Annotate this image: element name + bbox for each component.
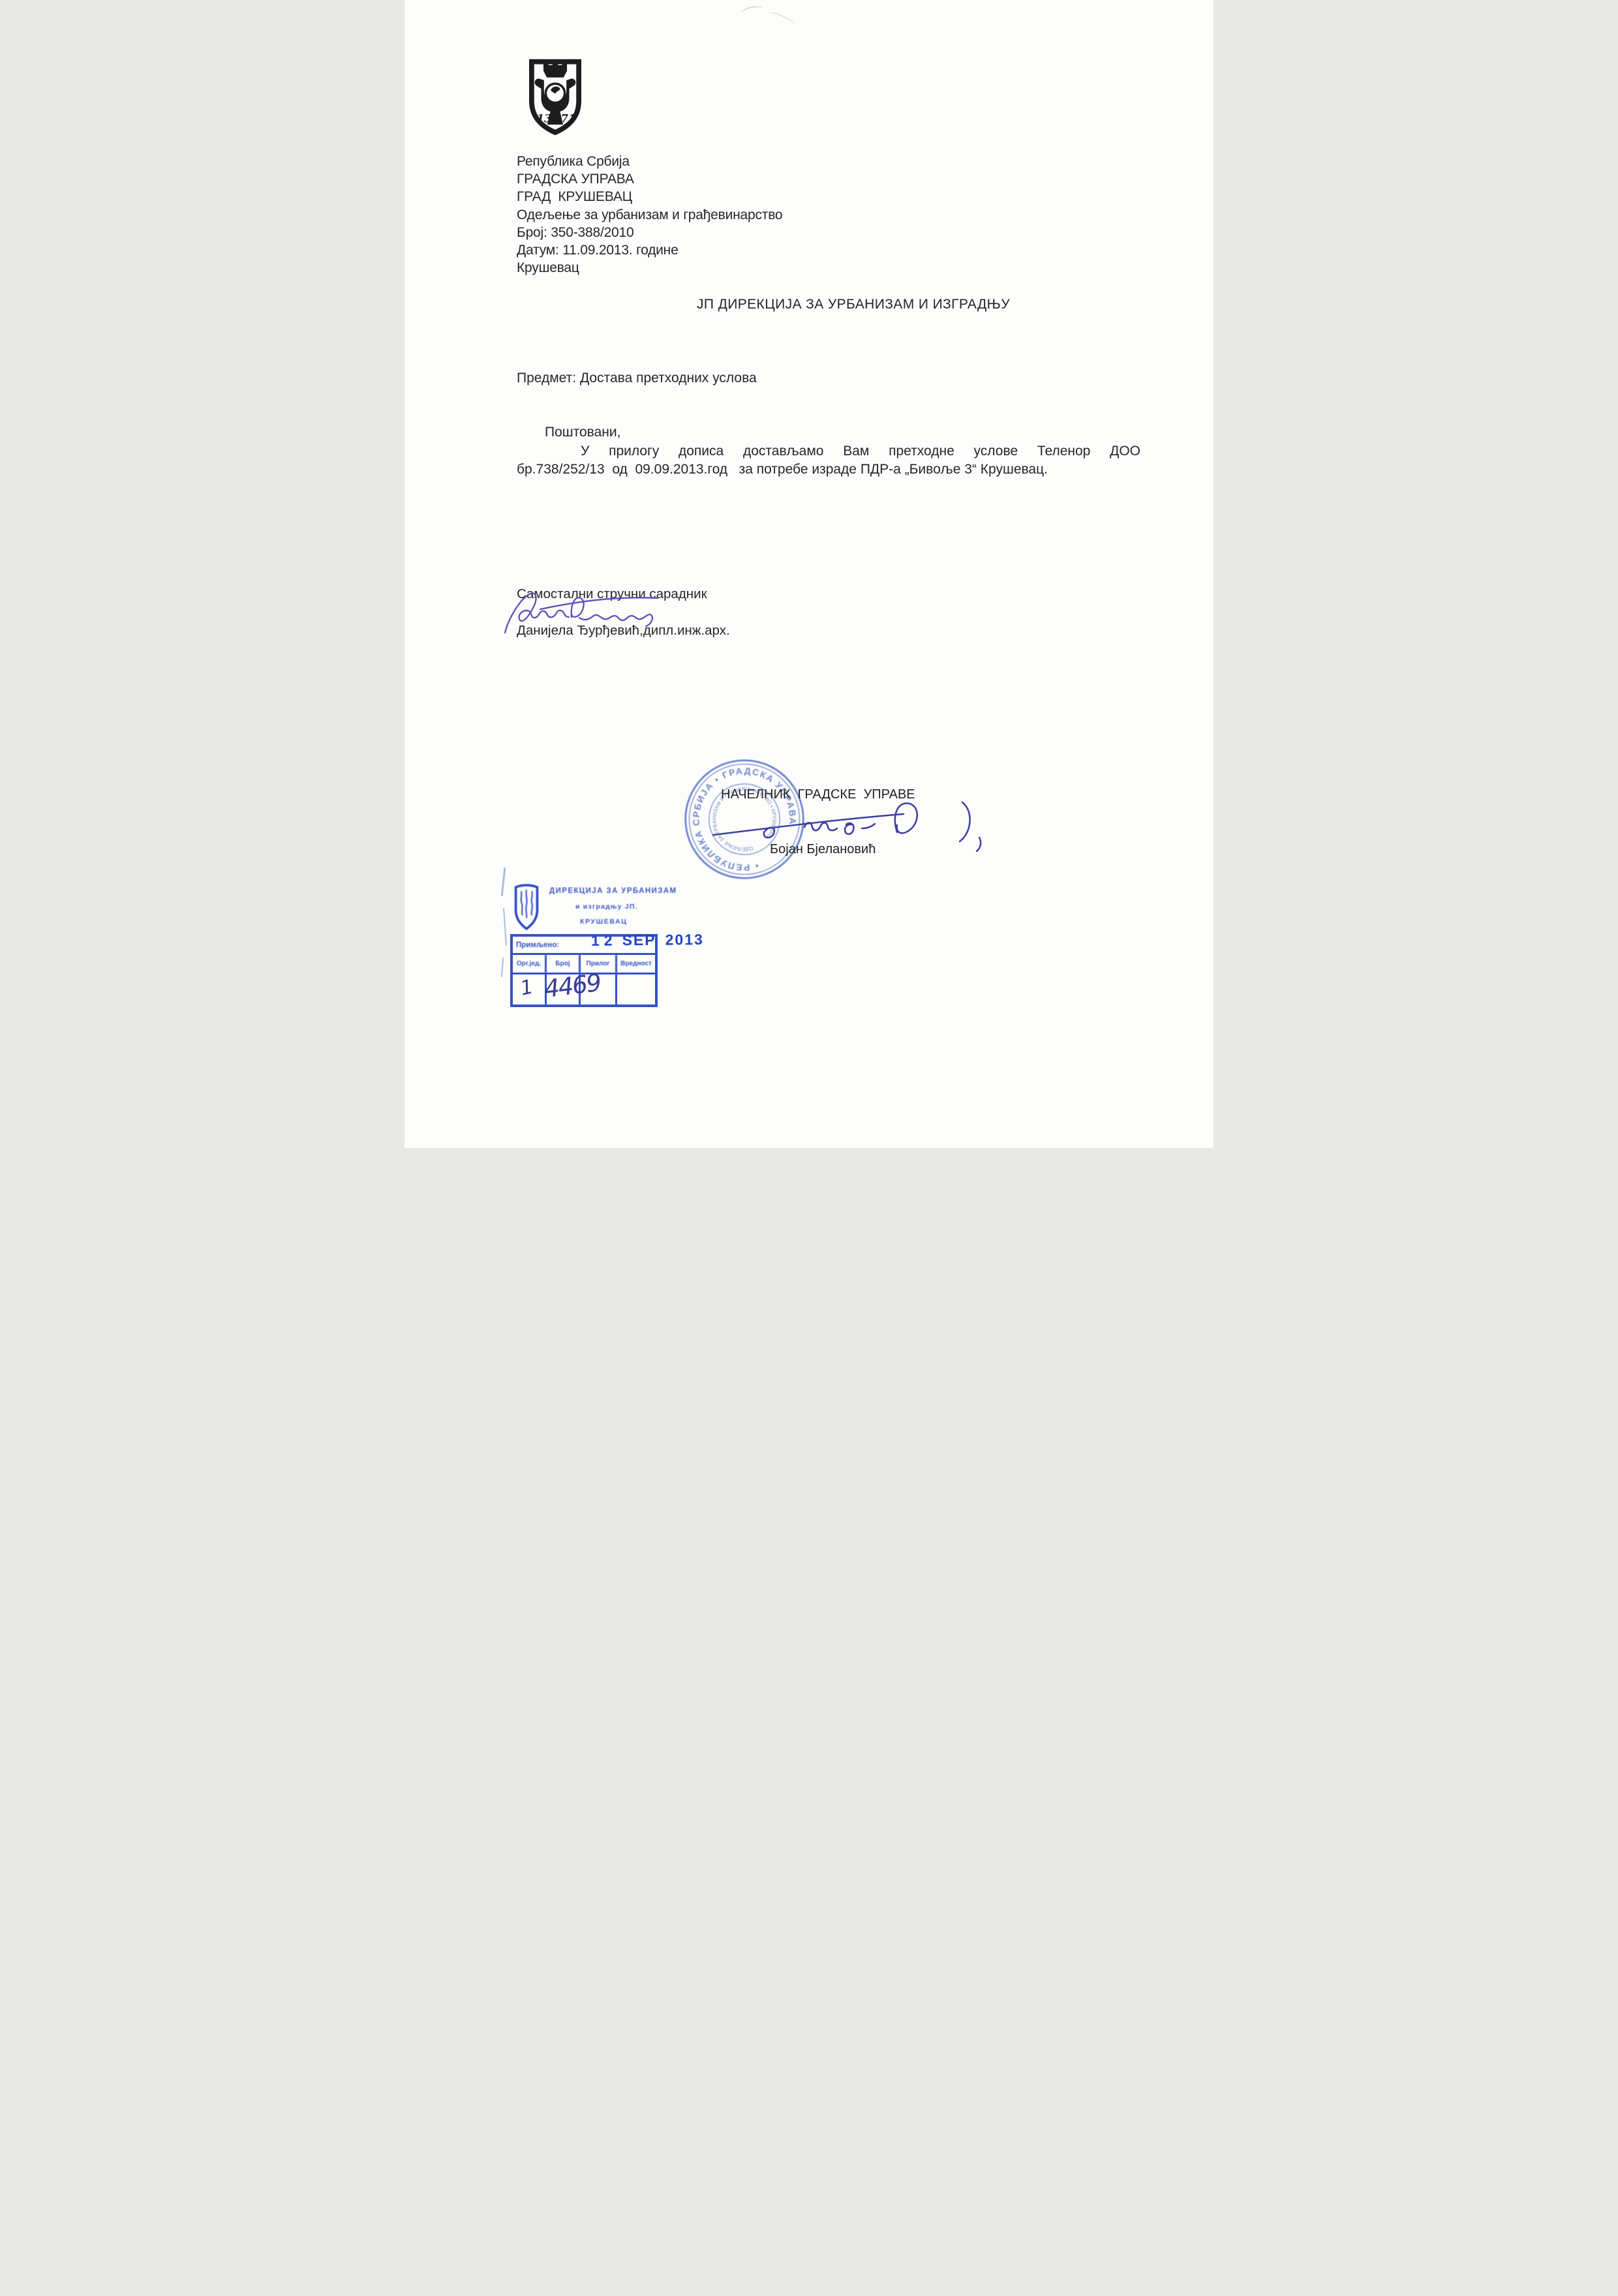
receipt-date-month: SEP: [622, 931, 656, 949]
received-label: Примљено:: [516, 941, 559, 949]
recipient-title: ЈП ДИРЕКЦИЈА ЗА УРБАНИЗАМ И ИЗГРАДЊУ: [696, 297, 1011, 312]
ink-streak: [501, 868, 506, 896]
receipt-date: 12SEP2013: [591, 931, 704, 950]
tower-icon: [543, 59, 567, 78]
krusevac-coat-of-arms-icon: 13 71: [527, 56, 583, 137]
letterhead-place: Крушевац: [517, 259, 782, 277]
letterhead: Република Србија ГРАДСКА УПРАВА ГРАД КРУ…: [517, 153, 782, 277]
scanned-letter-page: 13 71 Република Србија ГРАДСКА УПРАВА ГР…: [404, 0, 1213, 1148]
signatory-right-name: Бојан Бјелановић: [770, 842, 876, 857]
letterhead-city: ГРАД КРУШЕВАЦ: [517, 188, 782, 205]
salutation: Поштовани,: [545, 425, 620, 440]
receipt-date-day: 12: [591, 931, 617, 948]
col-value: Вредност: [617, 955, 655, 973]
ink-streak: [503, 908, 507, 946]
subject-line: Предмет: Достава претходних услова: [517, 370, 757, 386]
letterhead-country: Република Србија: [517, 153, 782, 170]
letterhead-department: Одељење за урбанизам и грађевинарство: [517, 206, 782, 224]
body-paragraph-line2: бр.738/252/13 од 09.09.2013.год за потре…: [517, 462, 1048, 477]
cell-value: [617, 974, 655, 1004]
receipt-date-year: 2013: [665, 931, 703, 948]
emblem-year-right: 71: [561, 113, 576, 125]
letterhead-administration: ГРАДСКА УПРАВА: [517, 170, 782, 188]
receipt-stamp-org-line3: КРУШЕВАЦ: [580, 918, 627, 926]
receipt-stamp-shield-icon: [513, 883, 540, 931]
scan-artifact: [767, 10, 798, 29]
col-org-unit: Орг.јед.: [513, 955, 547, 973]
body-paragraph-line1: У прилогу дописа достављамо Вам претходн…: [581, 444, 1140, 459]
emblem-year-left: 13: [537, 113, 552, 125]
scan-artifact: [740, 5, 765, 20]
receipt-stamp-org-line2: и изградњу ЈП.: [575, 903, 638, 911]
ink-streak: [501, 958, 504, 977]
signatory-left-name: Данијела Ђурђевић,дипл.инж.арх.: [517, 623, 730, 639]
letterhead-date: Датум: 11.09.2013. године: [517, 241, 782, 259]
col-number: Број: [547, 955, 581, 973]
letterhead-case-number: Број: 350-388/2010: [517, 224, 782, 241]
receipt-stamp-org-line1: ДИРЕКЦИЈА ЗА УРБАНИЗАМ: [549, 887, 677, 895]
